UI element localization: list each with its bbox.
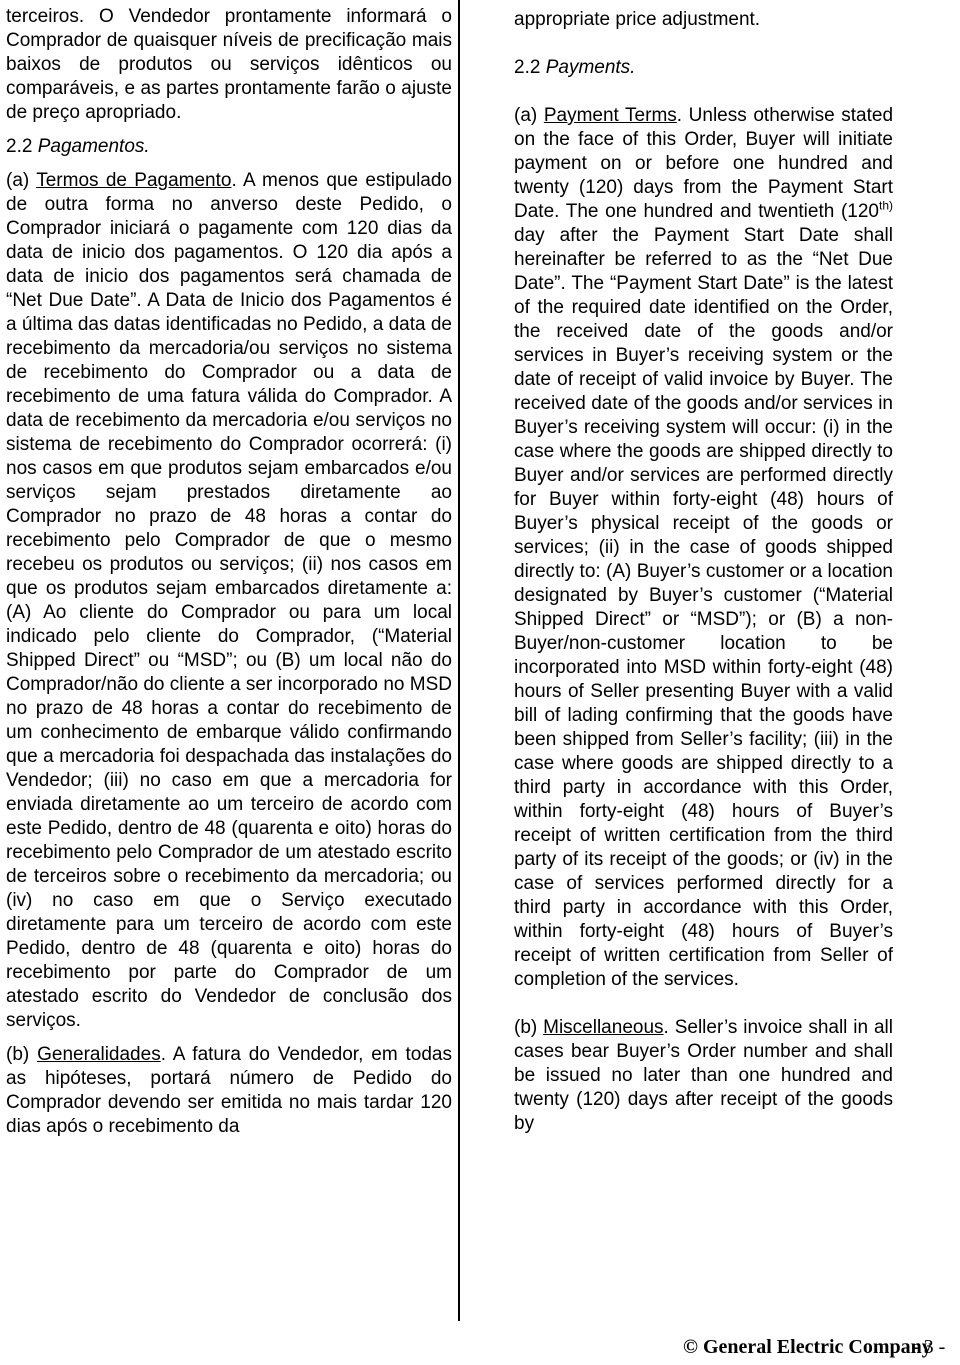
paragraph-en-continuation: appropriate price adjustment. bbox=[514, 8, 893, 32]
text-run: 2.2 bbox=[6, 136, 38, 157]
footer-copyright: © General Electric Company bbox=[683, 1336, 932, 1359]
text-run: . A menos que estipulado de outra forma … bbox=[6, 170, 452, 1031]
text-run: terceiros. O Vendedor prontamente inform… bbox=[6, 6, 452, 123]
text-run-underline: Generalidades bbox=[37, 1044, 161, 1065]
text-run: (a) bbox=[6, 170, 36, 191]
text-run-underline: Payment Terms bbox=[544, 105, 677, 126]
heading-pt-2-2: 2.2 Pagamentos. bbox=[6, 135, 452, 159]
text-run: (b) bbox=[6, 1044, 37, 1065]
clause-pt-b: (b) Generalidades. A fatura do Vendedor,… bbox=[6, 1043, 452, 1139]
text-run-sup: th) bbox=[879, 199, 893, 213]
text-run: (a) bbox=[514, 105, 544, 126]
paragraph-pt-continuation: terceiros. O Vendedor prontamente inform… bbox=[6, 5, 452, 125]
text-run-underline: Miscellaneous bbox=[543, 1017, 663, 1038]
clause-en-b: (b) Miscellaneous. Seller’s invoice shal… bbox=[514, 1016, 893, 1136]
text-run-italic: Payments. bbox=[546, 57, 636, 78]
footer: © General Electric Company - 3 - bbox=[0, 1336, 960, 1365]
clause-en-a: (a) Payment Terms. Unless otherwise stat… bbox=[514, 104, 893, 992]
clause-pt-a: (a) Termos de Pagamento. A menos que est… bbox=[6, 169, 452, 1033]
text-run: day after the Payment Start Date shall h… bbox=[514, 225, 893, 990]
text-run-underline: Termos de Pagamento bbox=[36, 170, 231, 191]
text-run: (b) bbox=[514, 1017, 543, 1038]
page-number: - 3 - bbox=[912, 1336, 945, 1359]
text-run: appropriate price adjustment. bbox=[514, 9, 760, 30]
text-run-italic: Pagamentos. bbox=[38, 136, 150, 157]
heading-en-2-2: 2.2 Payments. bbox=[514, 56, 893, 80]
column-divider-line bbox=[458, 0, 460, 1321]
column-portuguese: terceiros. O Vendedor prontamente inform… bbox=[6, 5, 452, 1149]
column-english: appropriate price adjustment. 2.2 Paymen… bbox=[514, 8, 893, 1160]
text-run: 2.2 bbox=[514, 57, 546, 78]
document-page: terceiros. O Vendedor prontamente inform… bbox=[0, 0, 960, 1365]
